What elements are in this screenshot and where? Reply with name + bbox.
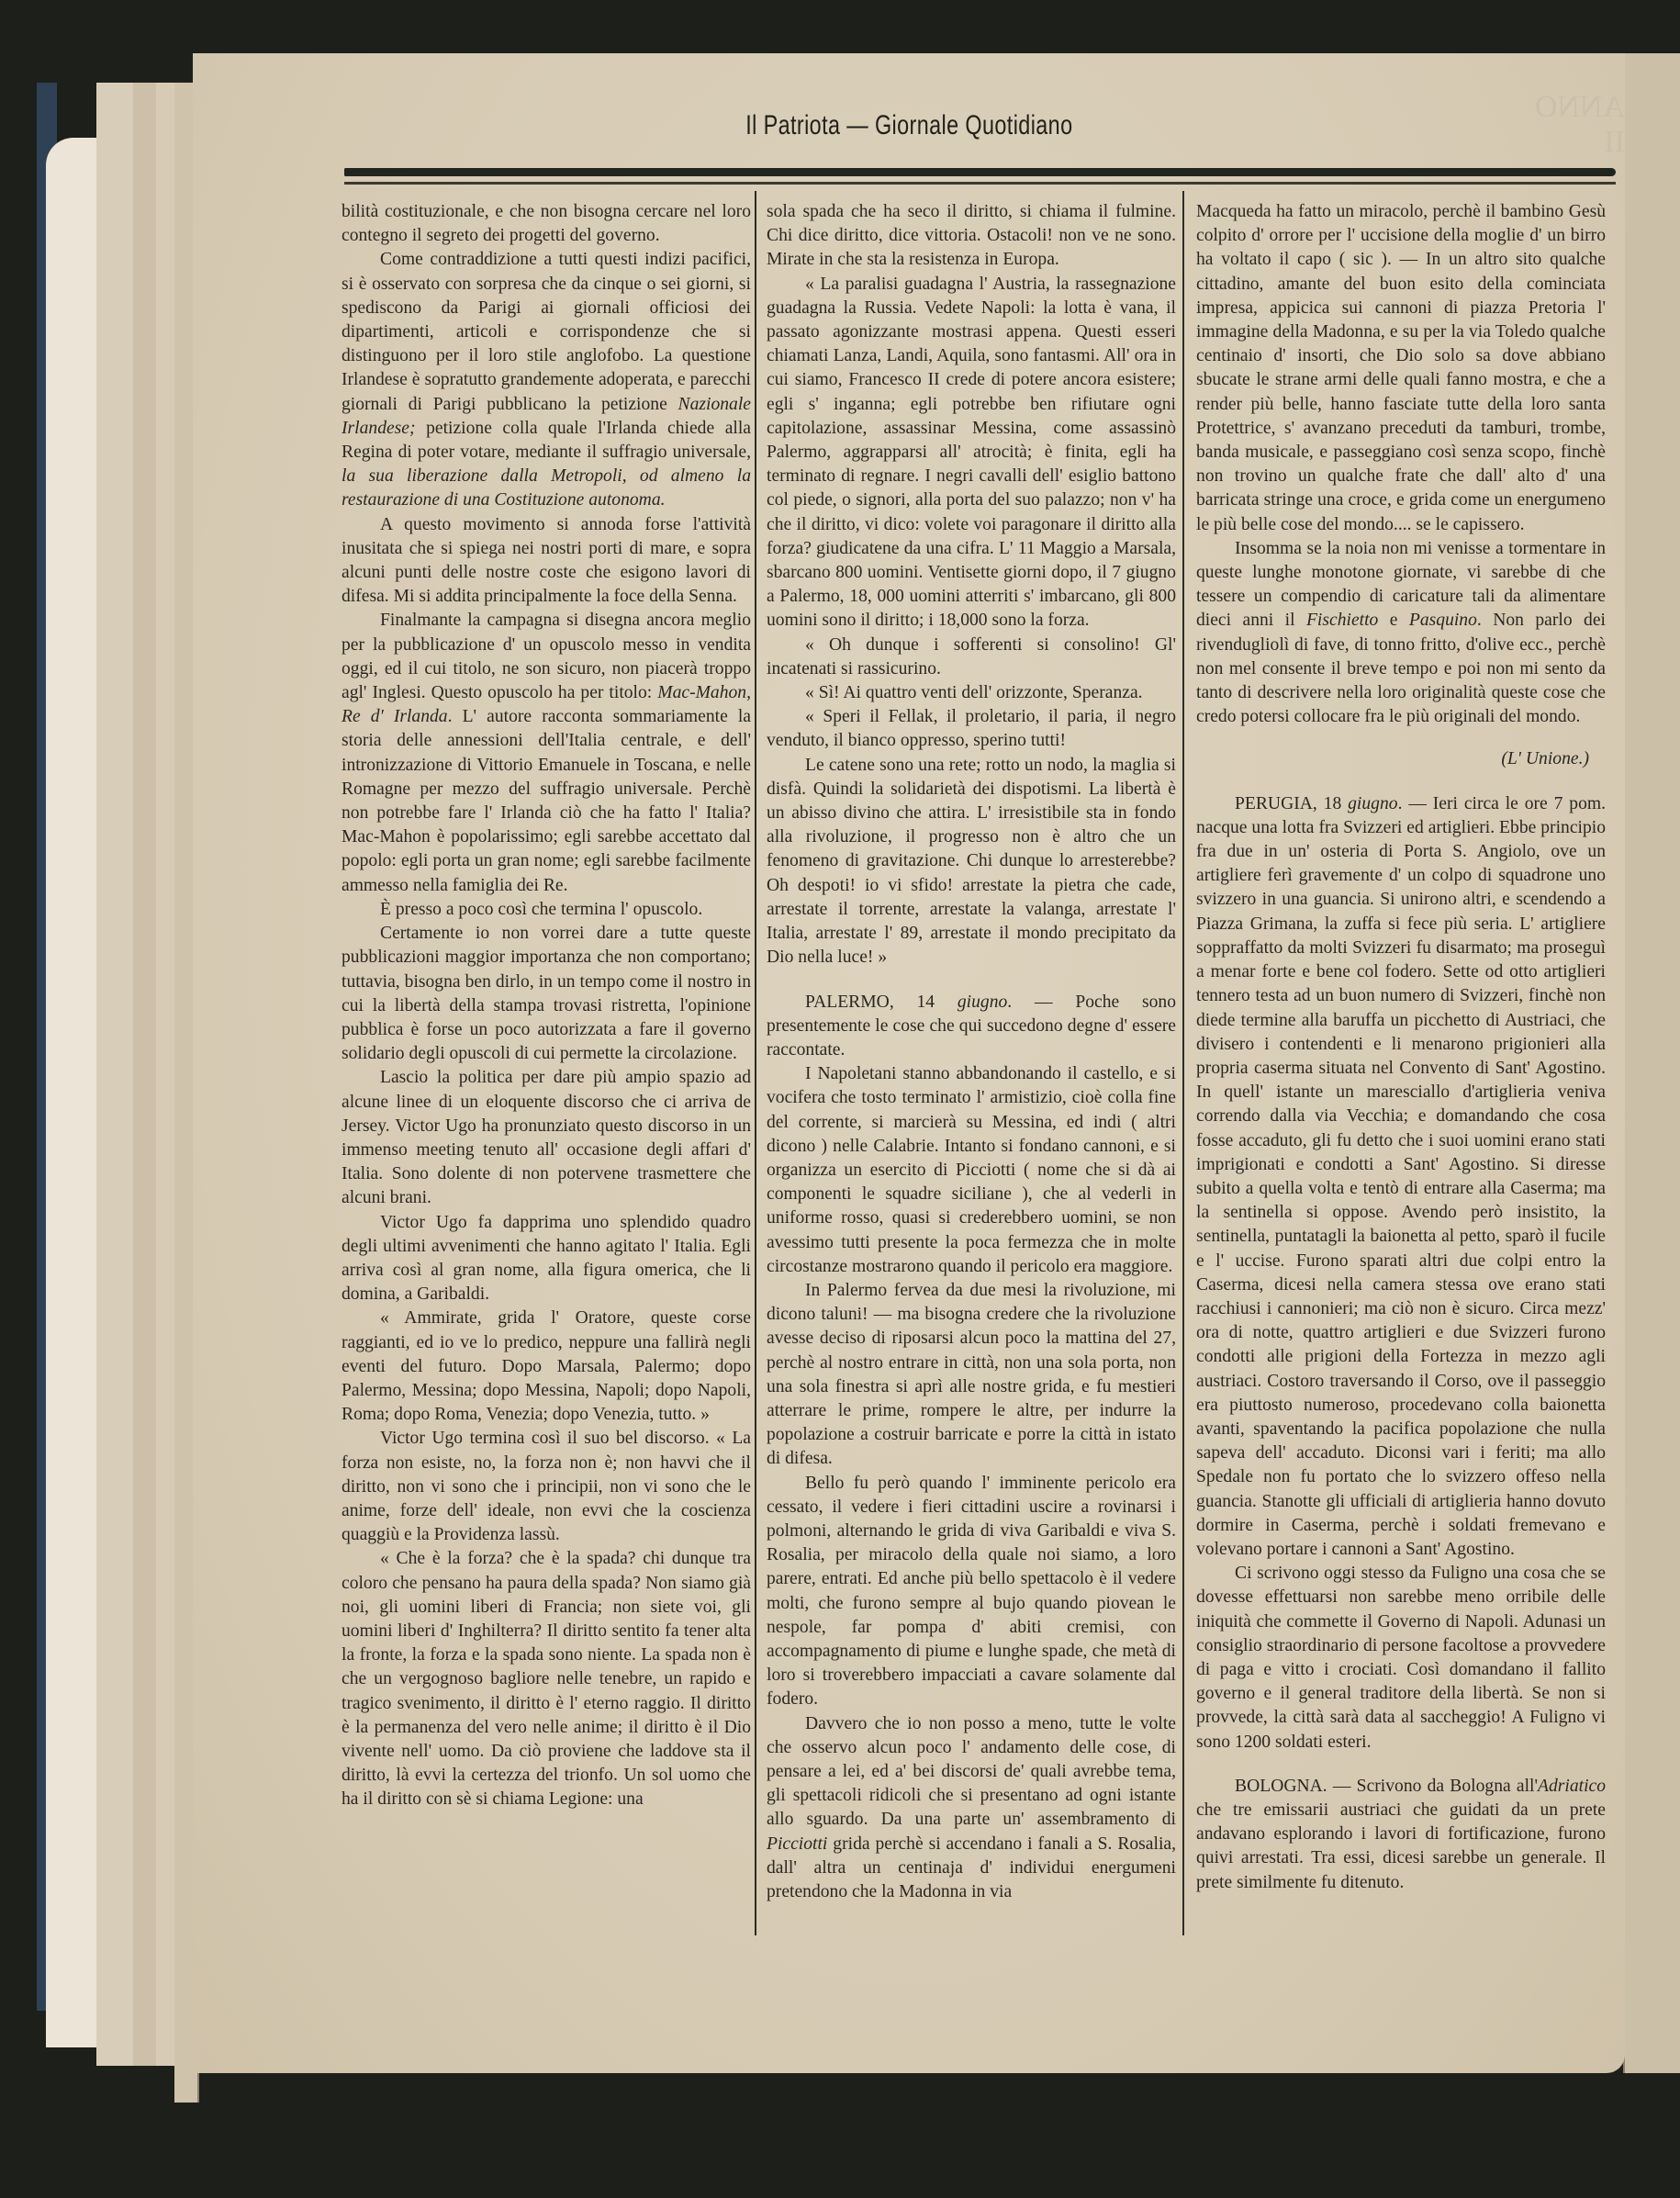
dateline-article: BOLOGNA. — Scrivono da Bologna all'Adria… [1196,1775,1606,1895]
paragraph-continuation: Macqueda ha fatto un miracolo, perchè il… [1196,200,1606,537]
paragraph: « La paralisi guadagna l' Austria, la ra… [767,273,1176,634]
column-3: Macqueda ha fatto un miracolo, perchè il… [1196,200,1606,1895]
paragraph: « Speri il Fellak, il proletario, il par… [767,705,1176,753]
paragraph: Lascio la politica per dare più ampio sp… [342,1066,751,1210]
column-divider [1182,191,1184,1935]
header-rule-thin [344,182,1616,185]
paragraph: « Ammirate, grida l' Oratore, queste cor… [342,1306,751,1427]
masthead: Il Patriota — Giornale Quotidiano [193,110,1625,141]
source-attribution: (L' Unione.) [1196,747,1606,771]
paragraph-continuation: sola spada che ha seco il diritto, si ch… [767,200,1176,273]
paragraph: Finalmante la campagna si disegna ancora… [342,609,751,897]
paragraph: « Che è la forza? che è la spada? chi du… [342,1547,751,1811]
paragraph: Come contraddizione a tutti questi indiz… [342,248,751,512]
paragraph-continuation: bilità costituzionale, e che non bisogna… [342,200,751,248]
bound-page-stack [37,83,197,2103]
dateline-article: PERUGIA, 18 giugno. — Ieri circa le ore … [1196,792,1606,1563]
page-leaf [46,138,103,2047]
paragraph: Victor Ugo termina così il suo bel disco… [342,1427,751,1547]
dateline-article: PALERMO, 14 giugno. — Poche sono present… [767,991,1176,1063]
newspaper-page: ANNO II Il Patriota — Giornale Quotidian… [193,53,1625,2073]
paragraph: Victor Ugo fa dapprima uno splendido qua… [342,1211,751,1307]
paragraph: È presso a poco così che termina l' opus… [342,898,751,922]
paragraph: I Napoletani stanno abbandonando il cast… [767,1062,1176,1279]
header-rule-thick [344,168,1616,176]
next-page-edge [1623,53,1680,2073]
column-divider [755,191,756,1935]
column-2: sola spada che ha seco il diritto, si ch… [767,200,1176,1904]
paragraph: In Palermo fervea da due mesi la rivoluz… [767,1279,1176,1472]
paragraph: Certamente io non vorrei dare a tutte qu… [342,922,751,1066]
paragraph: Bello fu però quando l' imminente perico… [767,1472,1176,1712]
paragraph: Ci scrivono oggi stesso da Fuligno una c… [1196,1562,1606,1755]
column-1: bilità costituzionale, e che non bisogna… [342,200,751,1812]
paragraph: « Sì! Ai quattro venti dell' orizzonte, … [767,681,1176,705]
paragraph: Davvero che io non posso a meno, tutte l… [767,1712,1176,1905]
paragraph: Le catene sono una rete; rotto un nodo, … [767,754,1176,970]
paragraph: A questo movimento si annoda forse l'att… [342,513,751,610]
masthead-title: Il Patriota — Giornale Quotidiano [745,110,1072,141]
paragraph: Insomma se la noia non mi venisse a torm… [1196,537,1606,730]
paragraph: « Oh dunque i sofferenti si consolino! G… [767,634,1176,681]
